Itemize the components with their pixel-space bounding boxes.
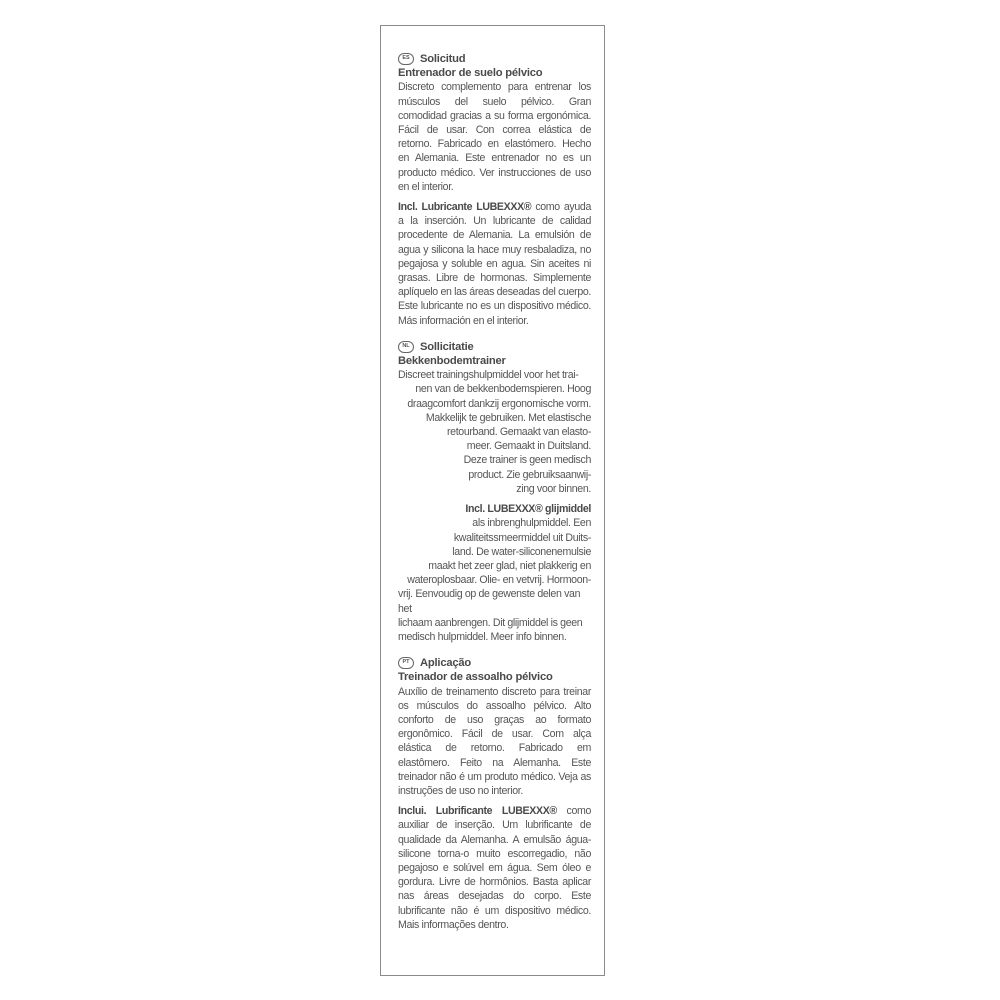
section-header: PT Aplicação [398, 656, 591, 670]
language-badge-icon: PT [398, 657, 414, 669]
text-line: Makkelijk te gebruiken. Met elastische [398, 411, 591, 425]
text-line: medisch hulpmiddel. Meer info binnen. [398, 630, 591, 644]
text-line: wateroplosbaar. Olie- en vetvrij. Hormoo… [398, 573, 591, 587]
text-line: Discreet trainingshulpmiddel voor het tr… [398, 368, 591, 382]
label-content: ES Solicitud Entrenador de suelo pélvico… [398, 52, 591, 944]
lubricant-description: Inclui. Lubrificante LUBEXXX® como auxil… [398, 804, 591, 932]
lubricant-lead: Inclui. Lubrificante LUBEXXX® [398, 805, 557, 817]
section-nl: NL Sollicitatie Bekkenbodemtrainer Discr… [398, 340, 591, 644]
section-header: NL Sollicitatie [398, 340, 591, 354]
section-subtitle: Treinador de assoalho pélvico [398, 670, 591, 684]
section-title: Aplicação [420, 656, 471, 670]
text-line: lichaam aanbrengen. Dit glijmiddel is ge… [398, 616, 591, 630]
section-es: ES Solicitud Entrenador de suelo pélvico… [398, 52, 591, 328]
section-subtitle: Bekkenbodemtrainer [398, 354, 591, 368]
text-line: land. De water-siliconenemulsie [398, 545, 591, 559]
text-line: vrij. Eenvoudig op de gewenste delen van… [398, 587, 591, 615]
text-line: Deze trainer is geen medisch [398, 453, 591, 467]
text-line: maakt het zeer glad, niet plakkerig en [398, 559, 591, 573]
text-line: meer. Gemaakt in Duitsland. [398, 439, 591, 453]
lubricant-text: como ayuda a la inserción. Un lubricante… [398, 201, 591, 327]
section-title: Solicitud [420, 52, 465, 66]
text-line: retourband. Gemaakt van elasto- [398, 425, 591, 439]
lubricant-description: Incl. LUBEXXX® glijmiddel als inbrenghul… [398, 502, 591, 644]
lubricant-lead: Incl. Lubricante LUBEXXX® [398, 201, 531, 213]
product-description: Auxílio de treinamento discreto para tre… [398, 685, 591, 799]
language-badge-icon: ES [398, 53, 414, 65]
section-title: Sollicitatie [420, 340, 474, 354]
product-description: Discreet trainingshulpmiddel voor het tr… [398, 368, 591, 496]
text-line: draagcomfort dankzij ergonomische vorm. [398, 397, 591, 411]
text-line: als inbrenghulpmiddel. Een [398, 516, 591, 530]
product-label-panel: ES Solicitud Entrenador de suelo pélvico… [380, 25, 605, 976]
lubricant-description: Incl. Lubricante LUBEXXX® como ayuda a l… [398, 200, 591, 328]
section-pt: PT Aplicação Treinador de assoalho pélvi… [398, 656, 591, 932]
section-subtitle: Entrenador de suelo pélvico [398, 66, 591, 80]
lubricant-text: como auxiliar de inserção. Um lubrifican… [398, 805, 591, 931]
text-line: product. Zie gebruiksaanwij- [398, 468, 591, 482]
lubricant-lead: Incl. LUBEXXX® glijmiddel [398, 502, 591, 516]
product-description: Discreto complemento para entrenar los m… [398, 80, 591, 194]
text-line: kwaliteitssmeermiddel uit Duits- [398, 531, 591, 545]
text-line: zing voor binnen. [398, 482, 591, 496]
section-header: ES Solicitud [398, 52, 591, 66]
language-badge-icon: NL [398, 341, 414, 353]
text-line: nen van de bekkenbodemspieren. Hoog [398, 382, 591, 396]
